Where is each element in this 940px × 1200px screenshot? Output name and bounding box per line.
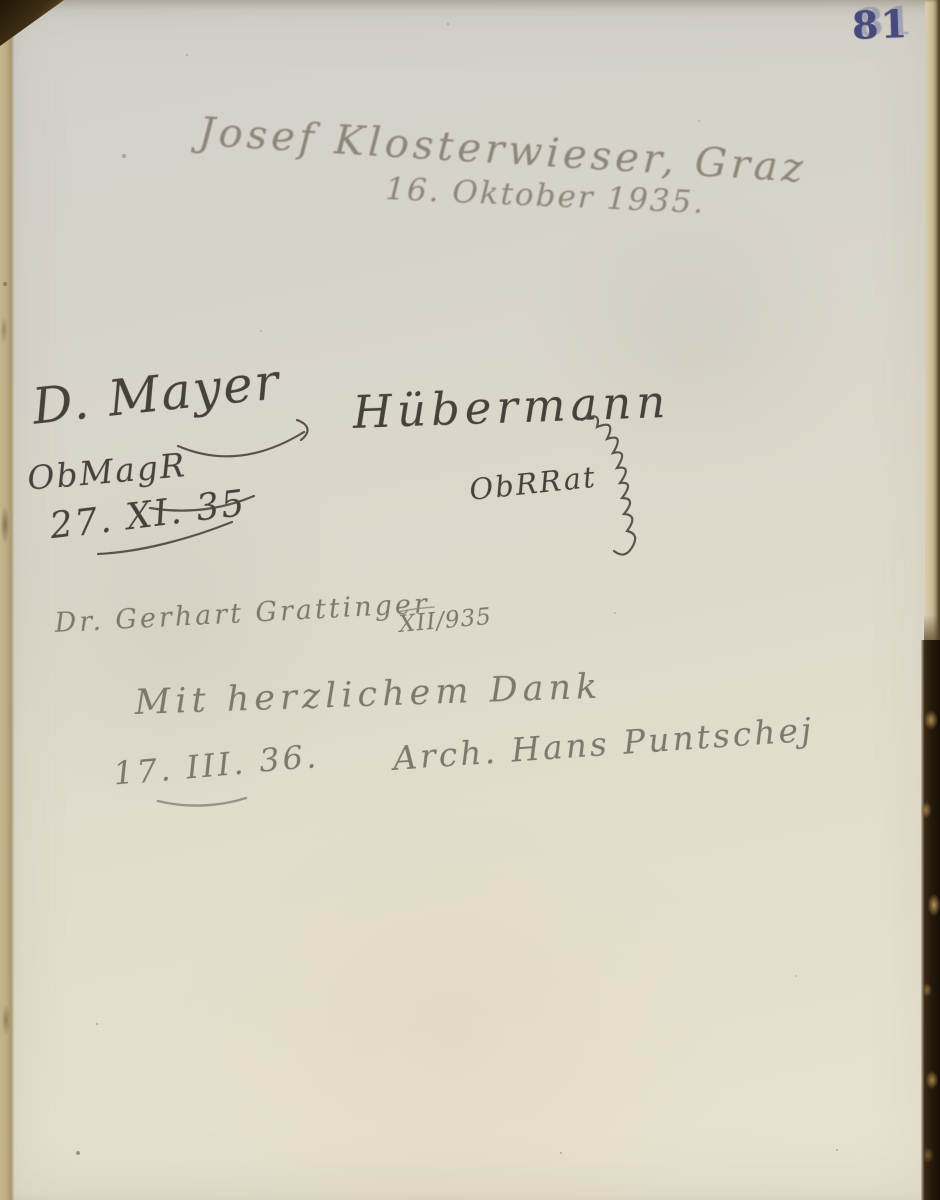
book-fore-edge bbox=[920, 0, 940, 1200]
page-edge-stack bbox=[925, 0, 940, 675]
book-cover-edge bbox=[921, 640, 940, 1200]
book-gutter-edge bbox=[0, 0, 14, 1200]
paper-specks bbox=[0, 0, 2, 2]
handwriting-official2-signature: Hübermann bbox=[352, 379, 671, 435]
guestbook-page-photo: 81 Josef Klosterwieser, Graz 16. Oktober… bbox=[0, 0, 940, 1200]
page-number-stamp: 81 bbox=[851, 1, 909, 48]
